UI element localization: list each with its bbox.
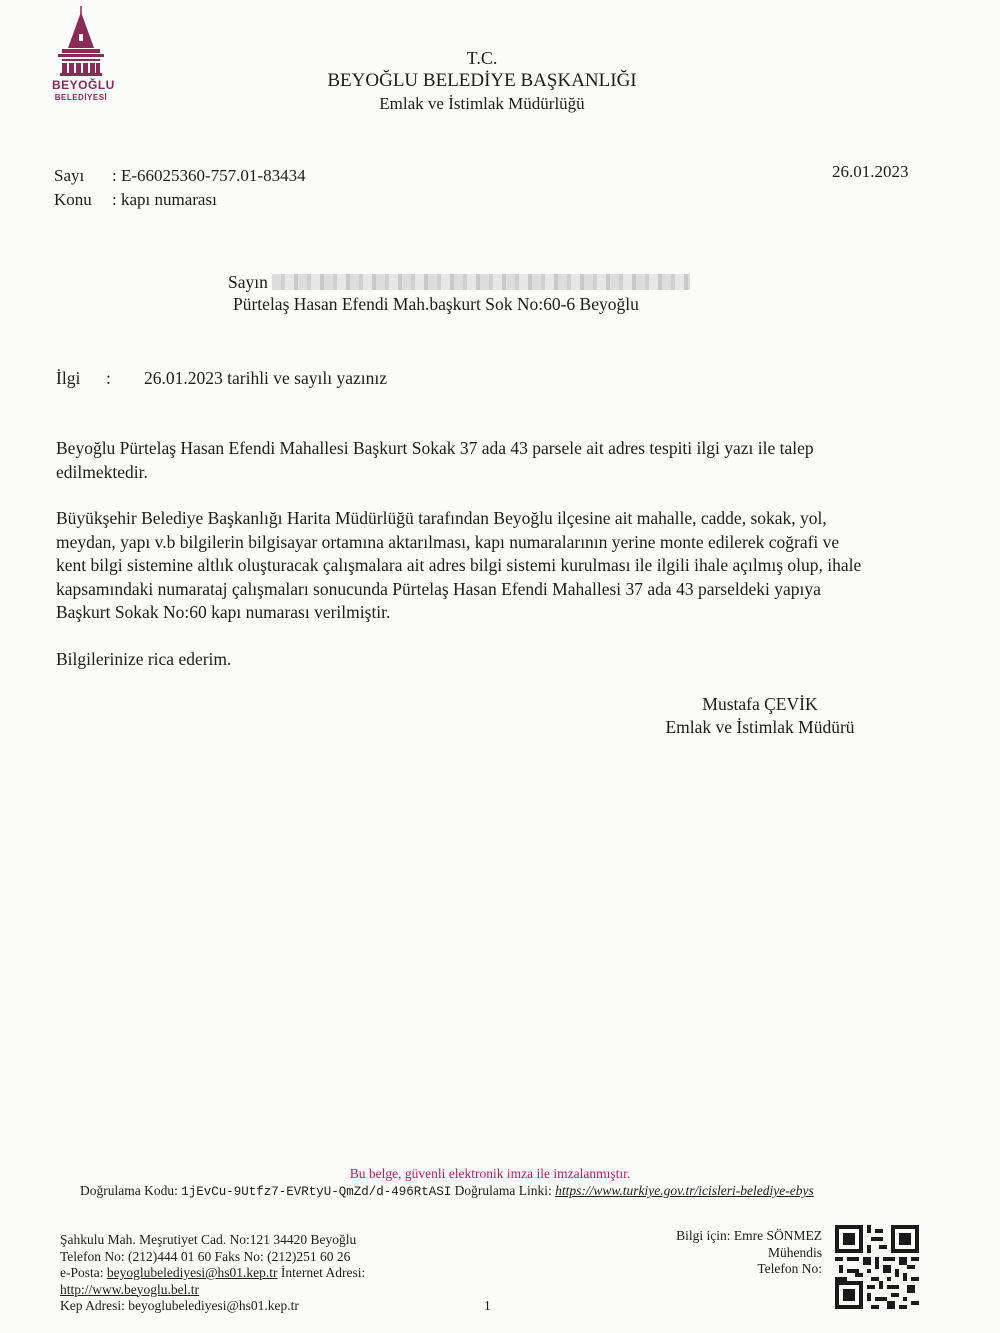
document-date: 26.01.2023 [832, 162, 909, 182]
sayi-row: Sayı: E-66025360-757.01-83434 [54, 166, 306, 186]
kep-address: Kep Adresi: beyoglubelediyesi@hs01.kep.t… [60, 1298, 365, 1315]
verification-link-label: Doğrulama Linki: [455, 1183, 552, 1198]
salutation: Sayın [228, 272, 268, 292]
verification-link[interactable]: https://www.turkiye.gov.tr/icisleri-bele… [555, 1183, 814, 1198]
header-tc: T.C. [232, 48, 732, 69]
footer-phone-fax: Telefon No: (212)444 01 60 Faks No: (212… [60, 1249, 365, 1266]
redacted-recipient-name [272, 274, 690, 290]
qr-code-icon[interactable] [835, 1225, 919, 1309]
body-paragraph-1: Beyoğlu Pürtelaş Hasan Efendi Mahallesi … [56, 437, 886, 484]
contact-person: Bilgi için: Emre SÖNMEZ [640, 1228, 822, 1245]
e-signature-notice: Bu belge, güvenli elektronik imza ile im… [0, 1166, 980, 1182]
verification-row: Doğrulama Kodu: 1jEvCu-9Utfz7-EVRtyU-QmZ… [80, 1183, 814, 1201]
email-link[interactable]: beyoglubelediyesi@hs01.kep.tr [107, 1265, 278, 1280]
contact-role: Mühendis [640, 1245, 822, 1262]
recipient-address: Pürtelaş Hasan Efendi Mah.başkurt Sok No… [233, 294, 639, 315]
reference-row: İlgi:26.01.2023 tarihli ve sayılı yazını… [56, 368, 387, 389]
contact-person-block: Bilgi için: Emre SÖNMEZ Mühendis Telefon… [640, 1228, 822, 1278]
signatory-title: Emlak ve İstimlak Müdürü [640, 716, 880, 739]
body-paragraph-2: Büyükşehir Belediye Başkanlığı Harita Mü… [56, 507, 871, 625]
verification-code-label: Doğrulama Kodu: [80, 1183, 178, 1198]
verification-code: 1jEvCu-9Utfz7-EVRtyU-QmZd/d-496RtASI [181, 1185, 451, 1199]
sayi-value: : E-66025360-757.01-83434 [112, 166, 306, 185]
konu-label: Konu [54, 190, 112, 210]
header-organization: BEYOĞLU BELEDİYE BAŞKANLIĞI [232, 70, 732, 92]
reference-separator: : [106, 368, 144, 389]
email-label: e-Posta: [60, 1265, 104, 1280]
konu-value: : kapı numarası [112, 190, 217, 209]
recipient-line: Sayın [228, 272, 690, 293]
galata-tower-icon [52, 6, 110, 78]
konu-row: Konu: kapı numarası [54, 190, 217, 210]
signature-block: Mustafa ÇEVİK Emlak ve İstimlak Müdürü [640, 693, 880, 739]
contact-phone: Telefon No: [640, 1261, 822, 1278]
header-department: Emlak ve İstimlak Müdürlüğü [232, 94, 732, 114]
sayi-label: Sayı [54, 166, 112, 186]
reference-label: İlgi [56, 368, 106, 389]
signatory-name: Mustafa ÇEVİK [640, 693, 880, 716]
reference-value: 26.01.2023 tarihli ve sayılı yazınız [144, 368, 387, 388]
page-number: 1 [484, 1298, 491, 1315]
internet-label: İnternet Adresi: [281, 1265, 365, 1280]
footer-contact: Şahkulu Mah. Meşrutiyet Cad. No:121 3442… [60, 1232, 365, 1315]
logo-text-belediyesi: BELEDİYESİ [52, 93, 110, 102]
logo-text-beyoglu: BEYOĞLU [52, 78, 110, 92]
footer-email-row: e-Posta: beyoglubelediyesi@hs01.kep.tr İ… [60, 1265, 365, 1282]
footer-address: Şahkulu Mah. Meşrutiyet Cad. No:121 3442… [60, 1232, 365, 1249]
website-link[interactable]: http://www.beyoglu.bel.tr [60, 1282, 199, 1297]
body-closing: Bilgilerinize rica ederim. [56, 648, 896, 672]
beyoglu-municipality-logo: BEYOĞLU BELEDİYESİ [52, 6, 110, 106]
